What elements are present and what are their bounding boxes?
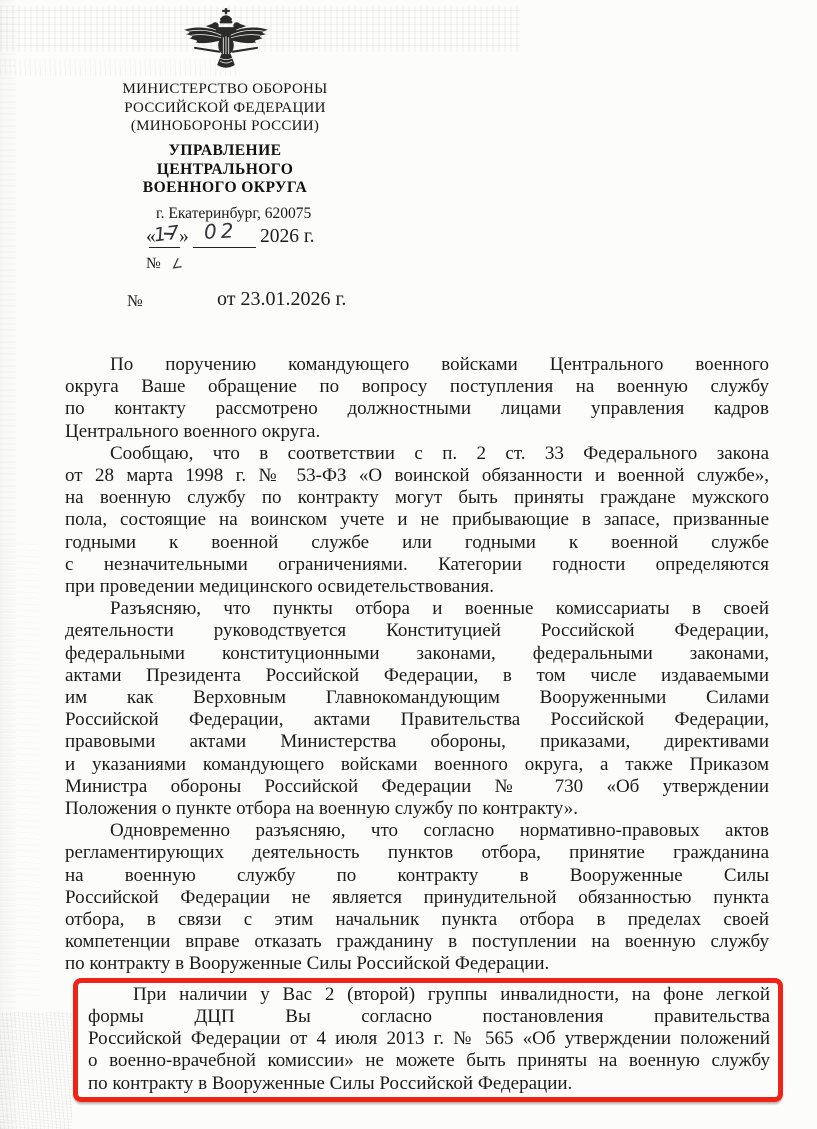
year-label: 2026 г. (260, 226, 315, 248)
department-name-line: ВОЕННОГО ОКРУГА (72, 179, 378, 198)
scan-texture-left-edge (0, 0, 16, 1129)
reference-line: № от 23.01.2026 г. (0, 288, 500, 314)
red-highlight-box: При наличии у Вас 2 (второй) группы инва… (73, 978, 783, 1102)
paragraph: Сообщаю, что в соответствии с п. 2 ст. 3… (65, 443, 769, 598)
handwritten-month: 02 (203, 218, 238, 244)
paragraph: Одновременно разъясняю, что согласно нор… (65, 820, 769, 975)
ministry-name-line: МИНИСТЕРСТВО ОБОРОНЫ (72, 80, 378, 99)
highlighted-paragraph: При наличии у Вас 2 (второй) группы инва… (88, 984, 770, 1095)
department-name: УПРАВЛЕНИЕ ЦЕНТРАЛЬНОГО ВОЕННОГО ОКРУГА (72, 142, 378, 198)
day-underline (149, 247, 180, 248)
department-name-line: ЦЕНТРАЛЬНОГО (72, 161, 378, 180)
outgoing-number-field: №∠ (146, 255, 182, 273)
number-sign: № (146, 255, 161, 272)
reference-date: от 23.01.2026 г. (217, 288, 346, 311)
scan-texture-mid-left (0, 540, 40, 1000)
letter-body: По поручению командующего войсками Центр… (65, 354, 769, 1102)
double-headed-eagle-emblem-icon (182, 8, 270, 76)
date-field: « 17 » 02 2026 г. (146, 226, 446, 254)
scan-texture-bottom-left (0, 1012, 72, 1129)
handwritten-day: 17 (153, 221, 182, 246)
handwritten-number-mark: ∠ (170, 256, 184, 272)
ministry-name-line: РОССИЙСКОЙ ФЕДЕРАЦИИ (72, 99, 378, 118)
paragraph: Разъясняю, что пункты отбора и военные к… (65, 598, 769, 820)
ministry-name: МИНИСТЕРСТВО ОБОРОНЫ РОССИЙСКОЙ ФЕДЕРАЦИ… (72, 80, 378, 136)
department-name-line: УПРАВЛЕНИЕ (72, 142, 378, 161)
month-underline (193, 247, 256, 248)
reference-number-sign: № (127, 291, 143, 311)
close-quote: » (179, 226, 189, 248)
scanned-letter-page: МИНИСТЕРСТВО ОБОРОНЫ РОССИЙСКОЙ ФЕДЕРАЦИ… (0, 0, 817, 1129)
ministry-name-line: (МИНОБОРОНЫ РОССИИ) (72, 117, 378, 136)
paragraph: По поручению командующего войсками Центр… (65, 354, 769, 443)
